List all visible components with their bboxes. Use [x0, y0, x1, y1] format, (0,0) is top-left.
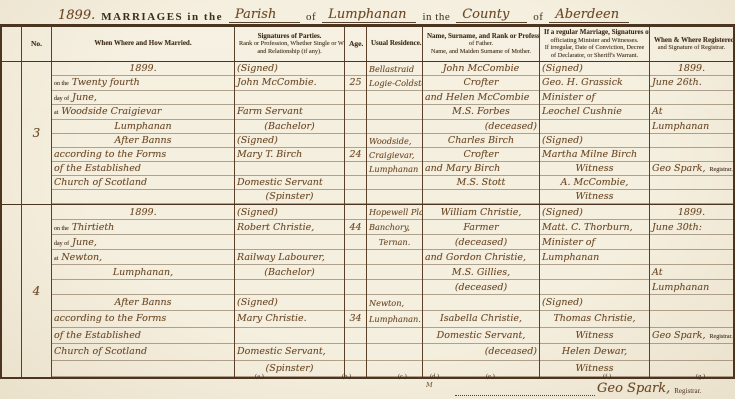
register-line: After Banns — [52, 134, 234, 148]
handwritten-text: If irregular, Date of Conviction, Decree — [545, 44, 645, 51]
register-line: (Bachelor) — [235, 265, 344, 280]
register-line — [650, 91, 733, 105]
handwritten-text: Geo Spark, — [652, 330, 706, 341]
register-line: (deceased) — [423, 235, 539, 250]
register-line: Banchory, — [367, 220, 422, 235]
entry-3-margin-cell — [2, 62, 22, 204]
entry-3-groom-signature: (Signed)John McCombie.Farm Servant(Bache… — [235, 62, 344, 134]
register-line: Lumphanan. — [367, 311, 422, 327]
handwritten-text: Twenty fourth — [72, 77, 140, 88]
register-line: Geo Spark,Registrar. — [650, 162, 733, 176]
register-line — [235, 328, 344, 344]
column-header-row: No. When Where and How Married. Signatur… — [2, 26, 733, 62]
register-line — [345, 105, 366, 119]
register-line — [235, 162, 344, 176]
entry-4-when-top: 1899.on theThirtiethday ofJune,atNewton,… — [52, 205, 234, 295]
register-line — [345, 91, 366, 105]
register-line — [367, 265, 422, 280]
handwritten-text: Woodside Craigievar — [61, 106, 161, 117]
register-line: Logie-Coldstone — [367, 76, 422, 90]
register-line: of the Established — [52, 162, 234, 176]
register-line: on theThirtieth — [52, 220, 234, 235]
entry-3-when-bottom: After Bannsaccording to the Formsof the … — [52, 134, 234, 204]
register-line — [367, 105, 422, 119]
handwritten-text: according to the Forms — [54, 313, 166, 324]
register-line — [367, 176, 422, 190]
register-line: Hopewell Place, — [367, 205, 422, 220]
handwritten-text: Mary T. Birch — [237, 149, 302, 160]
register-line: officiating Minister and Witnesses. — [542, 37, 647, 45]
title-county-name: Aberdeen — [549, 7, 629, 23]
entry-3-registration: 1899.June 26th.AtLumphanan Geo Spark,Reg… — [650, 62, 733, 204]
footnote-mark-a: (a.) — [255, 373, 264, 380]
handwritten-text: of Father. — [469, 40, 493, 47]
register-line: day ofJune, — [52, 235, 234, 250]
handwritten-text: Domestic Servant, — [437, 330, 526, 341]
handwritten-text: and Signature of Registrar. — [658, 44, 726, 51]
register-line: Crofter — [423, 76, 539, 90]
entry-3-groom-residence: BellastraidLogie-Coldstone — [367, 62, 422, 134]
register-line — [345, 190, 366, 204]
entry-3-groom-parents: John McCombieCrofterand Helen McCombieM.… — [423, 62, 539, 134]
handwritten-text: (Signed) — [542, 207, 583, 218]
printed-label: at — [54, 110, 58, 116]
handwritten-text: 24 — [349, 149, 361, 160]
register-line: Lumphanan — [540, 250, 649, 265]
footnote-mark-e: (e.) — [486, 373, 495, 380]
register-line — [345, 280, 366, 295]
register-line: If a regular Marriage, Signatures of — [542, 29, 647, 37]
register-line: John McCombie — [423, 62, 539, 76]
handwritten-text: Thirtieth — [72, 222, 114, 233]
register-line — [345, 120, 366, 134]
register-line: M.S. Stott — [423, 176, 539, 190]
handwritten-text: Church of Scotland — [54, 346, 147, 357]
register-line: June 26th. — [650, 76, 733, 90]
entry-3-bride-age: 24 — [345, 134, 366, 204]
register-line: Minister of — [540, 91, 649, 105]
handwritten-text: and Relationship (if any). — [257, 48, 321, 55]
handwritten-text: Newton, — [369, 298, 404, 308]
register-line: 25 — [345, 76, 366, 90]
handwritten-text: John McCombie — [443, 63, 520, 74]
register-line: Lumphanan — [367, 162, 422, 176]
entry-3-number: 3 — [22, 62, 52, 204]
handwritten-text: officiating Minister and Witnesses. — [550, 37, 638, 44]
handwritten-text: At — [652, 267, 663, 278]
handwritten-text: When Where and How Married. — [94, 39, 191, 47]
printed-label: day of — [54, 241, 69, 247]
handwritten-text: and Mary Birch — [425, 163, 500, 174]
register-line — [345, 176, 366, 190]
handwritten-text: Hopewell Place, — [369, 207, 423, 217]
handwritten-text: Name, Surname, and Rank or Profession — [427, 32, 540, 40]
handwritten-text: June, — [72, 237, 97, 248]
registrar-signature: Geo Spark, — [597, 381, 670, 396]
register-line — [650, 148, 733, 162]
handwritten-text: (Signed) — [542, 135, 583, 146]
register-line: Helen Dewar, — [540, 344, 649, 360]
header-when-registered: When & Where Registered,and Signature of… — [650, 27, 733, 61]
header-age: Age. — [345, 27, 367, 61]
entry-4-residences: Hopewell Place,Banchory,Ternan. Newton,L… — [367, 205, 423, 377]
handwritten-text: Bellastraid — [369, 64, 414, 74]
register-line — [540, 280, 649, 295]
register-line — [52, 280, 234, 295]
header-no: No. — [22, 27, 52, 61]
register-line — [52, 190, 234, 204]
handwritten-text: of the Established — [54, 163, 141, 174]
title-parish-name: Lumphanan — [322, 7, 416, 23]
register-line: (deceased) — [423, 280, 539, 295]
register-line — [423, 295, 539, 311]
register-line: according to the Forms — [52, 148, 234, 162]
handwritten-text: Leochel Cushnie — [542, 106, 622, 117]
register-line: Woodside, — [367, 134, 422, 148]
handwritten-text: Mary Christie. — [237, 313, 307, 324]
header-when-where-married: When Where and How Married. — [52, 27, 235, 61]
handwritten-text: Domestic Servant, — [237, 346, 326, 357]
entry-4-groom-signature: (Signed)Robert Christie,Railway Labourer… — [235, 205, 344, 295]
register-line: Mary Christie. — [235, 311, 344, 327]
footnote-mark-g: (g.) — [696, 373, 705, 380]
register-line — [650, 295, 733, 311]
register-line: Church of Scotland — [52, 176, 234, 190]
handwritten-text: (deceased) — [455, 282, 507, 293]
register-line: Witness — [540, 190, 649, 204]
register-line: Isabella Christie, — [423, 311, 539, 327]
register-line: Crofter — [423, 148, 539, 162]
handwritten-text: M.S. Stott — [457, 177, 506, 188]
register-line: Lumphanan — [650, 120, 733, 134]
handwritten-text: Domestic Servant — [237, 177, 323, 188]
register-line: Age. — [347, 40, 364, 48]
registrar-label: Registrar. — [674, 387, 701, 396]
register-line: according to the Forms — [52, 311, 234, 327]
handwritten-text: Crofter — [463, 149, 498, 160]
handwritten-text: A. McCombie, — [561, 177, 629, 188]
entry-4-bride-signature: (Signed)Mary Christie.Domestic Servant,(… — [235, 295, 344, 377]
entry-3-bride-signature: (Signed)Mary T. BirchDomestic Servant(Sp… — [235, 134, 344, 204]
entry-4-bride-residence: Newton,Lumphanan. — [367, 295, 422, 377]
handwritten-text: Railway Labourer, — [237, 252, 325, 263]
handwritten-text: Martha Milne Birch — [542, 149, 637, 160]
register-line: If irregular, Date of Conviction, Decree — [542, 44, 647, 52]
handwritten-text: Lumphanan — [369, 164, 418, 174]
handwritten-text: John McCombie. — [237, 77, 317, 88]
handwritten-text: Crofter — [463, 77, 498, 88]
printed-label: day of — [54, 96, 69, 102]
register-line — [345, 134, 366, 148]
handwritten-text: (Signed) — [237, 297, 278, 308]
register-line: After Banns — [52, 295, 234, 311]
handwritten-text: Logie-Coldstone — [369, 78, 423, 88]
handwritten-text: June 26th. — [652, 77, 702, 88]
handwritten-text: Witness — [576, 163, 614, 174]
register-line — [345, 344, 366, 360]
register-line: and Helen McCombie — [423, 91, 539, 105]
title-county-blank: County — [456, 7, 527, 23]
entry-4-witnesses: (Signed)Thomas Christie,WitnessHelen Dew… — [540, 295, 649, 377]
register-line — [367, 190, 422, 204]
printed-label: at — [54, 256, 58, 262]
entry-4-bride-age: 34 — [345, 295, 366, 377]
entry-4-groom-parents: William Christie,Farmer(deceased)and Gor… — [423, 205, 539, 295]
register-line: Robert Christie, — [235, 220, 344, 235]
register-line: At — [650, 105, 733, 119]
register-line — [650, 134, 733, 148]
register-line: Charles Birch — [423, 134, 539, 148]
register-line: When & Where Registered, — [652, 37, 731, 45]
entry-4-ages: 44 34 — [345, 205, 367, 377]
handwritten-text: (Spinster) — [265, 191, 313, 202]
handwritten-text: (Signed) — [237, 63, 278, 74]
register-line: M.S. Gillies, — [423, 265, 539, 280]
handwritten-text: 1899. — [129, 207, 156, 218]
register-line: 44 — [345, 220, 366, 235]
register-line: (Signed) — [540, 295, 649, 311]
register-line — [235, 235, 344, 250]
title-of-label-2: of — [533, 11, 543, 23]
handwritten-text: Minister of — [542, 92, 595, 103]
register-line — [367, 91, 422, 105]
footnote-mark-b: (b.) — [342, 373, 351, 380]
register-line — [345, 162, 366, 176]
handwritten-text: (Bachelor) — [264, 121, 314, 132]
register-line — [367, 328, 422, 344]
register-line — [540, 265, 649, 280]
handwritten-text: Craigievar, — [369, 150, 415, 160]
register-line — [423, 190, 539, 204]
register-line — [367, 344, 422, 360]
handwritten-text: June 30th: — [652, 222, 702, 233]
entry-4-number: 4 — [22, 205, 52, 377]
register-line — [367, 250, 422, 265]
register-line: Geo. H. Grassick — [540, 76, 649, 90]
printed-label: on the — [54, 226, 69, 232]
handwritten-text: After Banns — [115, 297, 172, 308]
handwritten-text: (deceased) — [485, 346, 537, 357]
handwritten-text: M.S. Gillies, — [452, 267, 510, 278]
register-line: Mary T. Birch — [235, 148, 344, 162]
handwritten-text: Helen Dewar, — [562, 346, 627, 357]
entry-number-value: 3 — [33, 126, 41, 140]
header-margin-cell — [2, 27, 22, 61]
handwritten-text: Geo Spark, — [652, 163, 706, 174]
handwritten-text: Banchory, — [369, 222, 410, 232]
register-line: At — [650, 265, 733, 280]
handwritten-text: Lumphanan, — [113, 267, 173, 278]
title-year: 1899. — [58, 8, 95, 23]
handwritten-text: At — [652, 106, 663, 117]
handwritten-text: (deceased) — [485, 121, 537, 132]
handwritten-text: (Bachelor) — [264, 267, 314, 278]
page-footer: (a.) (b.) (c.) (d.) M (e.) (f.) (g.) Geo… — [0, 372, 735, 399]
handwritten-text: No. — [31, 39, 42, 48]
register-line: Witness — [540, 328, 649, 344]
register-line: Lumphanan — [52, 120, 234, 134]
register-line: and Mary Birch — [423, 162, 539, 176]
entry-3-residences: BellastraidLogie-Coldstone Woodside,Crai… — [367, 62, 423, 204]
register-line: Usual Residence. — [369, 40, 420, 48]
register-line: (Spinster) — [235, 190, 344, 204]
handwritten-text: Lumphanan — [652, 282, 709, 293]
register-line: Geo Spark,Registrar. — [650, 328, 733, 344]
handwritten-text: 1899. — [129, 63, 156, 74]
handwritten-text: Lumphanan — [542, 252, 599, 263]
register-entry-3: 3 1899.on theTwenty fourthday ofJune,atW… — [2, 62, 733, 205]
register-line: Newton, — [367, 295, 422, 311]
entry-3-bride-residence: Woodside,Craigievar,Lumphanan — [367, 134, 422, 204]
register-line: 1899. — [650, 205, 733, 220]
handwritten-text: 1899. — [678, 63, 705, 74]
handwritten-text: Ternan. — [379, 237, 411, 247]
handwritten-text: Witness — [576, 191, 614, 202]
register-line: No. — [24, 40, 49, 48]
register-line: June 30th: — [650, 220, 733, 235]
page-title: 1899. MARRIAGES in the Parish of Lumphan… — [0, 0, 735, 24]
handwritten-text: Woodside, — [369, 136, 411, 146]
register-line: and Gordon Christie, — [423, 250, 539, 265]
register-line — [345, 235, 366, 250]
register-line: atNewton, — [52, 250, 234, 265]
printed-label: on the — [54, 81, 69, 87]
entry-3-minister: (Signed)Geo. H. GrassickMinister ofLeoch… — [540, 62, 649, 134]
register-line: Domestic Servant, — [423, 328, 539, 344]
register-line: (Signed) — [540, 134, 649, 148]
footnote-mark-c: (c.) — [398, 373, 407, 380]
register-line: day ofJune, — [52, 91, 234, 105]
register-line: Craigievar, — [367, 148, 422, 162]
register-line: of the Established — [52, 328, 234, 344]
footnote-mark-d: (d.) — [430, 373, 439, 380]
entry-3-signatures: (Signed)John McCombie.Farm Servant(Bache… — [235, 62, 345, 204]
register-line: (Signed) — [235, 205, 344, 220]
handwritten-text: When & Where Registered, — [654, 36, 733, 44]
handwritten-text: (deceased) — [455, 237, 507, 248]
register-line: (deceased) — [423, 344, 539, 360]
register-line — [367, 280, 422, 295]
register-line: Name, and Maiden Surname of Mother. — [425, 48, 537, 56]
handwritten-text: Geo. H. Grassick — [542, 77, 623, 88]
handwritten-text: Rank or Profession, Whether Single or Wi… — [239, 40, 345, 47]
register-line: (Bachelor) — [235, 120, 344, 134]
register-line — [345, 328, 366, 344]
handwritten-text: Farmer — [463, 222, 498, 233]
entry-3-when-top: 1899.on theTwenty fourthday ofJune,atWoo… — [52, 62, 234, 134]
handwritten-text: (Signed) — [542, 63, 583, 74]
header-signatures-of-parties: Signatures of Parties.Rank or Profession… — [235, 27, 345, 61]
handwritten-text: and Helen McCombie — [425, 92, 529, 103]
handwritten-text: Isabella Christie, — [440, 313, 522, 324]
register-line — [650, 311, 733, 327]
register-entry-4: 4 1899.on theThirtiethday ofJune,atNewto… — [2, 205, 733, 377]
handwritten-text: (Signed) — [237, 135, 278, 146]
register-line: (Signed) — [235, 295, 344, 311]
register-line: and Relationship (if any). — [237, 48, 342, 56]
footnote-m: M — [426, 381, 433, 389]
register-line: When Where and How Married. — [54, 40, 232, 48]
entry-3-witnesses: (Signed)Martha Milne BirchWitnessA. McCo… — [540, 134, 649, 204]
handwritten-text: Name, and Maiden Surname of Mother. — [431, 48, 531, 55]
handwritten-text: After Banns — [115, 135, 172, 146]
handwritten-text: Lumphanan. — [369, 314, 421, 324]
handwritten-text: Matt. C. Thorburn, — [542, 222, 633, 233]
marriage-register-table: No. When Where and How Married. Signatur… — [0, 24, 735, 379]
handwritten-text: Signatures of Parties. — [258, 32, 322, 40]
register-line — [650, 250, 733, 265]
register-line — [345, 295, 366, 311]
title-parish-blank: Parish — [229, 7, 300, 23]
handwritten-text: Lumphanan — [114, 121, 171, 132]
register-line — [650, 190, 733, 204]
entry-4-minister-witnesses: (Signed)Matt. C. Thorburn,Minister ofLum… — [540, 205, 650, 377]
handwritten-text: of the Established — [54, 330, 141, 341]
register-line: Domestic Servant — [235, 176, 344, 190]
register-line: of Declarator, or Sheriff's Warrant. — [542, 52, 647, 60]
register-line — [650, 176, 733, 190]
printed-label: Registrar. — [710, 167, 733, 173]
handwritten-text: Charles Birch — [448, 135, 514, 146]
signature-rule — [455, 383, 595, 396]
register-line — [650, 235, 733, 250]
register-line: 1899. — [52, 205, 234, 220]
entry-3-parents: John McCombieCrofterand Helen McCombieM.… — [423, 62, 540, 204]
entry-4-registration: 1899.June 30th:AtLumphanan Geo Spark,Reg… — [650, 205, 733, 377]
entry-4-bride-parents: Isabella Christie,Domestic Servant,(dece… — [423, 295, 539, 377]
register-line: (Signed) — [235, 134, 344, 148]
handwritten-text: Age. — [349, 39, 363, 48]
registrar-signature-block: Geo Spark, Registrar. — [455, 381, 725, 396]
entry-4-groom-residence: Hopewell Place,Banchory,Ternan. — [367, 205, 422, 295]
handwritten-text: Lumphanan — [652, 121, 709, 132]
handwritten-text: Witness — [576, 330, 614, 341]
register-line: 1899. — [52, 62, 234, 76]
header-minister-witnesses: If a regular Marriage, Signatures ofoffi… — [540, 27, 650, 61]
handwritten-text: Usual Residence. — [371, 39, 422, 47]
entry-4-margin-cell — [2, 205, 22, 377]
entry-4-registered-top: 1899.June 30th:AtLumphanan — [650, 205, 733, 295]
register-line: Lumphanan — [650, 280, 733, 295]
footnote-mark-f: (f.) — [603, 373, 611, 380]
register-line: Martha Milne Birch — [540, 148, 649, 162]
handwritten-text: M.S. Forbes — [452, 106, 510, 117]
entry-4-registered-bottom: Geo Spark,Registrar. — [650, 295, 733, 377]
register-line: William Christie, — [423, 205, 539, 220]
register-line: (Signed) — [540, 62, 649, 76]
register-line — [345, 265, 366, 280]
handwritten-text: 34 — [349, 313, 361, 324]
entry-4-groom-age: 44 — [345, 205, 366, 295]
register-line: of Father. — [425, 40, 537, 48]
handwritten-text: 25 — [349, 77, 361, 88]
handwritten-text: and Gordon Christie, — [425, 252, 526, 263]
handwritten-text: 1899. — [678, 207, 705, 218]
entry-3-registered-bottom: Geo Spark,Registrar. — [650, 134, 733, 204]
handwritten-text: of Declarator, or Sheriff's Warrant. — [551, 52, 638, 59]
register-line: (deceased) — [423, 120, 539, 134]
entry-3-groom-age: 25 — [345, 62, 366, 134]
register-line — [540, 120, 649, 134]
printed-label: Registrar. — [710, 334, 733, 340]
register-line: Ternan. — [367, 235, 422, 250]
register-line: (Signed) — [235, 62, 344, 76]
register-line — [235, 91, 344, 105]
handwritten-text: according to the Forms — [54, 149, 166, 160]
register-line: Lumphanan, — [52, 265, 234, 280]
header-usual-residence: Usual Residence. — [367, 27, 423, 61]
entry-3-registered-top: 1899.June 26th.AtLumphanan — [650, 62, 733, 134]
